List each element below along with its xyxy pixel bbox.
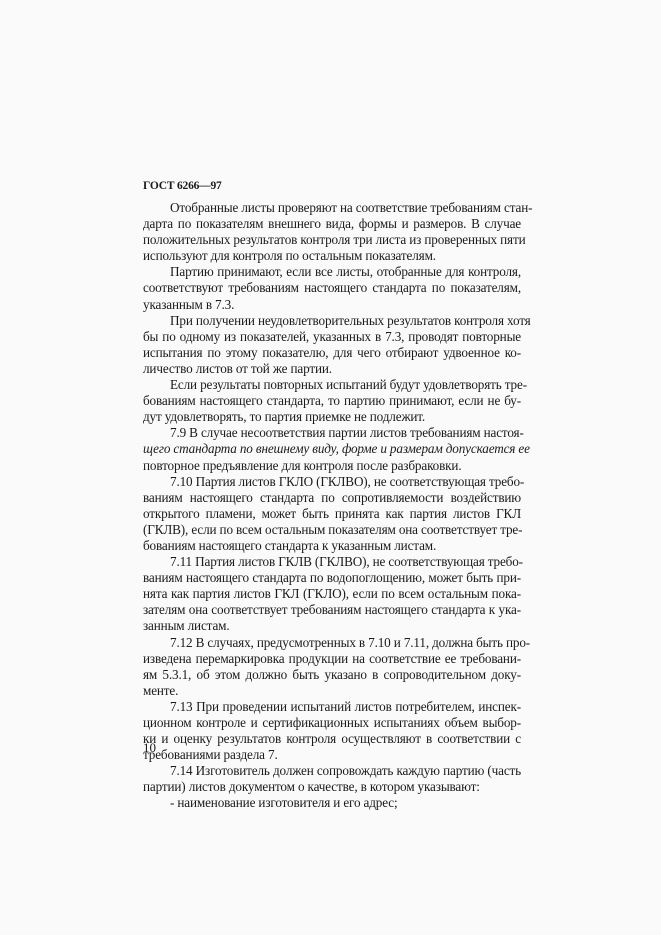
- text-line: Партию принимают, если все листы, отобра…: [143, 264, 521, 280]
- text-line: При получении неудовлетворительных резул…: [143, 313, 521, 329]
- text-line: ям 5.3.1, об этом должно быть указано в …: [143, 667, 521, 683]
- text-line: бованиям настоящего стандарта к указанны…: [143, 538, 521, 554]
- text-line: Отобранные листы проверяют на соответств…: [143, 200, 521, 216]
- text-line: зателям она соответствует требованиям на…: [143, 602, 521, 618]
- text-line: испытания по этому показателю, для чего …: [143, 345, 521, 361]
- text-line: открытого пламени, может быть принята ка…: [143, 506, 521, 522]
- text-line: 7.10 Партия листов ГКЛО (ГКЛВО), не соот…: [143, 474, 521, 490]
- text-line: 7.13 При проведении испытаний листов пот…: [143, 699, 521, 715]
- text-line: бы по одному из показателей, указанных в…: [143, 329, 521, 345]
- text-line: (ГКЛВ), если по всем остальным показател…: [143, 522, 521, 538]
- text-line: менте.: [143, 683, 521, 699]
- text-line: 7.14 Изготовитель должен сопровождать ка…: [143, 763, 521, 779]
- text-line: дут удовлетворять, то партия приемке не …: [143, 409, 521, 425]
- text-line: - наименование изготовителя и его адрес;: [143, 795, 521, 811]
- text-line: 7.12 В случаях, предусмотренных в 7.10 и…: [143, 635, 521, 651]
- text-line: изведена перемаркировка продукции на соо…: [143, 651, 521, 667]
- text-line: используют для контроля по остальным пок…: [143, 248, 521, 264]
- text-line: требованиями раздела 7.: [143, 747, 521, 763]
- text-line: занным листам.: [143, 618, 521, 634]
- text-line: нята как партия листов ГКЛ (ГКЛО), если …: [143, 586, 521, 602]
- text-line: щего стандарта по внешнему виду, форме и…: [143, 441, 521, 457]
- text-line: ваниям настоящего стандарта по сопротивл…: [143, 490, 521, 506]
- text-line: положительных результатов контроля три л…: [143, 232, 521, 248]
- page-number: 10: [143, 740, 156, 756]
- text-line: партии) листов документом о качестве, в …: [143, 779, 521, 795]
- text-line: Если результаты повторных испытаний буду…: [143, 377, 521, 393]
- text-line: ционном контроле и сертификационных испы…: [143, 715, 521, 731]
- text-line: ки и оценку результатов контроля осущест…: [143, 731, 521, 747]
- document-body: Отобранные листы проверяют на соответств…: [143, 200, 521, 812]
- text-line: личество листов от той же партии.: [143, 361, 521, 377]
- text-line: 7.11 Партия листов ГКЛВ (ГКЛВО), не соот…: [143, 554, 521, 570]
- text-line: указанным в 7.3.: [143, 297, 521, 313]
- text-line: ваниям настоящего стандарта по водопогло…: [143, 570, 521, 586]
- text-line: соответствуют требованиям настоящего ста…: [143, 280, 521, 296]
- text-line: дарта по показателям внешнего вида, форм…: [143, 216, 521, 232]
- text-line: повторное предъявление для контроля посл…: [143, 458, 521, 474]
- text-line: 7.9 В случае несоответствия партии листо…: [143, 425, 521, 441]
- text-line: бованиям настоящего стандарта, то партию…: [143, 393, 521, 409]
- document-header: ГОСТ 6266—97: [143, 180, 222, 192]
